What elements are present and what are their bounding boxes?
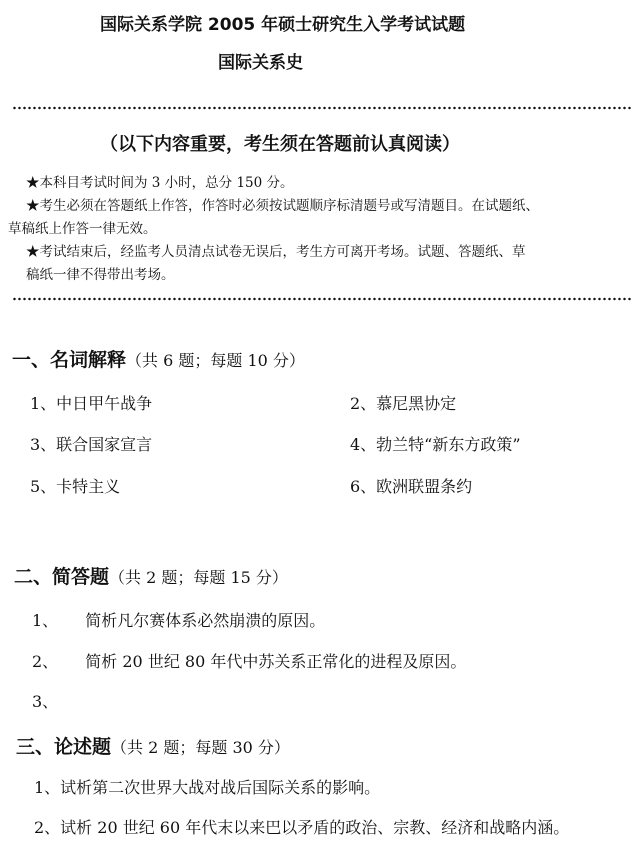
notice-line: 稿纸一律不得带出考场。 [26,263,175,283]
section-rule: （共 2 题；每题 30 分） [111,738,290,757]
section-heading-2: 二、简答题（共 2 题；每题 15 分） [14,562,288,589]
notice-line: ★本科目考试时间为 3 小时，总分 150 分。 [26,171,294,191]
question-item: 2、 简析 20 世纪 80 年代中苏关系正常化的进程及原因。 [32,649,466,672]
section-name: 名词解释 [50,349,126,371]
term-item: 3、联合国家宣言 [30,432,152,455]
question-number: 3、 [32,692,58,711]
question-text: 简析 20 世纪 80 年代中苏关系正常化的进程及原因。 [85,652,466,671]
section-number: 三、 [16,736,54,758]
notice-line: 草稿纸上作答一律无效。 [8,217,157,237]
section-rule: （共 2 题；每题 15 分） [109,568,288,587]
term-item: 6、欧洲联盟条约 [350,474,472,497]
section-name: 简答题 [52,566,109,588]
question-item: 3、 [32,689,58,712]
section-heading-1: 一、名词解释（共 6 题；每题 10 分） [12,345,305,372]
notice-heading: （以下内容重要，考生须在答题前认真阅读） [100,130,460,156]
section-name: 论述题 [54,736,111,758]
notice-line: ★考试结束后，经监考人员清点试卷无误后，考生方可离开考场。试题、答题纸、草 [26,240,526,260]
essay-item: 2、试析 20 世纪 60 年代末以来巴以矛盾的政治、宗教、经济和战略内涵。 [34,815,569,838]
dotted-divider-top [12,106,632,110]
exam-title: 国际关系学院 2005 年硕士研究生入学考试试题 [100,10,465,35]
question-number: 1、 [32,611,58,630]
subject-title: 国际关系史 [218,48,303,73]
essay-item: 1、试析第二次世界大战对战后国际关系的影响。 [34,775,380,798]
section-number: 一、 [12,349,50,371]
section-number: 二、 [14,566,52,588]
term-item: 5、卡特主义 [30,474,120,497]
dotted-divider-bottom [12,297,632,301]
term-item: 1、中日甲午战争 [30,391,152,414]
question-number: 2、 [32,652,58,671]
term-item: 4、勃兰特“新东方政策” [350,432,521,455]
question-text: 简析凡尔赛体系必然崩溃的原因。 [85,611,325,630]
section-rule: （共 6 题；每题 10 分） [126,351,305,370]
notice-line: ★考生必须在答题纸上作答，作答时必须按试题顺序标清题号或写清题目。在试题纸、 [26,194,539,214]
term-item: 2、慕尼黑协定 [350,391,456,414]
section-heading-3: 三、论述题（共 2 题；每题 30 分） [16,732,290,759]
question-item: 1、 简析凡尔赛体系必然崩溃的原因。 [32,608,325,631]
